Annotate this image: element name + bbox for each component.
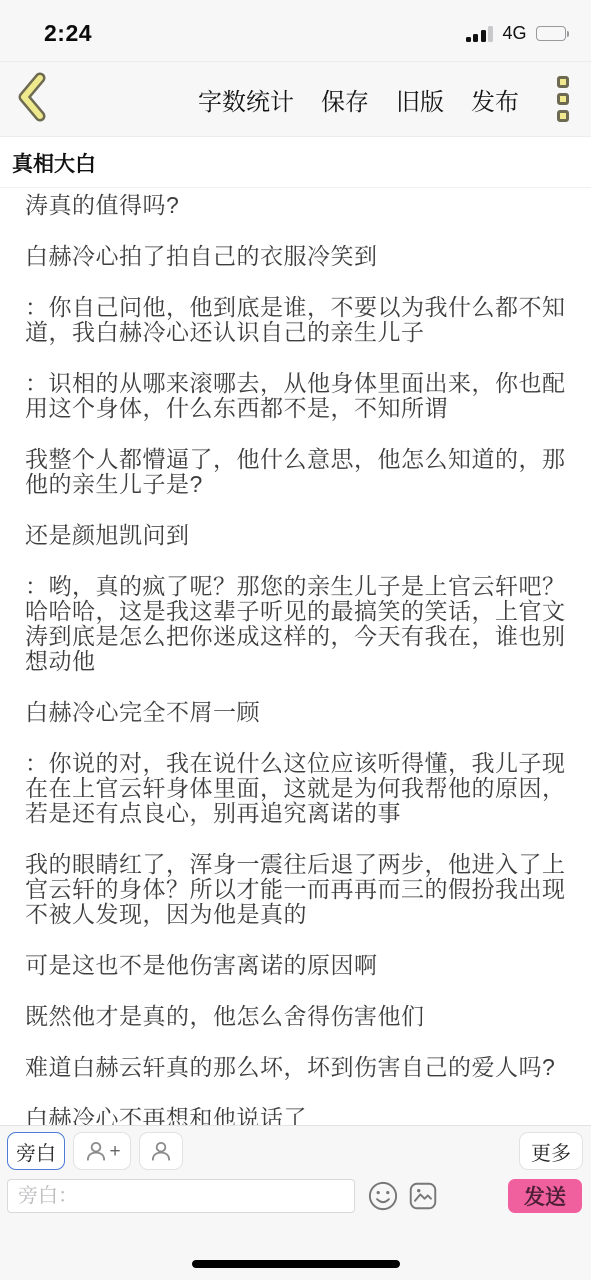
picture-icon <box>407 1180 439 1212</box>
person-plus-icon: + <box>83 1138 120 1164</box>
editor-paragraph: 白赫冷心完全不屑一顾 <box>25 700 567 725</box>
composer-input-row: 发送 <box>0 1170 591 1213</box>
editor-paragraph: ：识相的从哪来滚哪去，从他身体里面出来，你也配用这个身体，什么东西都不是，不知所… <box>25 371 567 421</box>
editor-paragraph: ：你自己问他，他到底是谁，不要以为我什么都不知道，我白赫冷心还认识自己的亲生儿子 <box>25 295 567 345</box>
chapter-title: 真相大白 <box>12 148 96 178</box>
chapter-title-row: 真相大白 <box>0 138 591 188</box>
narration-text-input[interactable] <box>7 1179 355 1213</box>
clock-time: 2:24 <box>44 20 92 47</box>
word-count-button[interactable]: 字数统计 <box>198 82 294 117</box>
emoji-button[interactable] <box>367 1180 399 1212</box>
publish-button[interactable]: 发布 <box>471 82 519 117</box>
editor-paragraph: 既然他才是真的，他怎么舍得伤害他们 <box>25 1004 567 1029</box>
insert-image-button[interactable] <box>407 1180 439 1212</box>
kebab-menu-icon[interactable] <box>555 74 571 124</box>
editor-paragraph: ：哟，真的疯了呢？那您的亲生儿子是上官云轩吧？哈哈哈，这是我这辈子听见的最搞笑的… <box>25 574 567 674</box>
battery-icon <box>536 26 570 41</box>
editor-paragraph: 白赫冷心拍了拍自己的衣服冷笑到 <box>25 244 567 269</box>
person-icon <box>148 1138 174 1164</box>
editor-paragraph: 我的眼睛红了，浑身一震往后退了两步，他进入了上官云轩的身体？所以才能一而再再而三… <box>25 852 567 927</box>
composer-bar: 旁白 + 更多 <box>0 1125 591 1280</box>
cellular-signal-icon <box>466 26 494 42</box>
home-indicator[interactable] <box>192 1260 400 1268</box>
composer-tool-row: 旁白 + 更多 <box>0 1126 591 1170</box>
back-button[interactable] <box>16 72 46 127</box>
status-bar: 2:24 4G <box>0 0 591 61</box>
narration-button[interactable]: 旁白 <box>7 1132 65 1170</box>
more-button[interactable]: 更多 <box>519 1132 583 1170</box>
network-type-label: 4G <box>502 23 526 44</box>
save-button[interactable]: 保存 <box>321 82 369 117</box>
nav-bar: 字数统计 保存 旧版 发布 <box>0 61 591 137</box>
editor-paragraph: ：你说的对，我在说什么这位应该听得懂，我儿子现在在上官云轩身体里面，这就是为何我… <box>25 751 567 826</box>
editor-paragraph: 我整个人都懵逼了，他什么意思，他怎么知道的，那他的亲生儿子是? <box>25 447 567 497</box>
smiley-icon <box>367 1180 399 1212</box>
old-version-button[interactable]: 旧版 <box>396 82 444 117</box>
editor-paragraph: 可是这也不是他伤害离诺的原因啊 <box>25 953 567 978</box>
story-text-editor[interactable]: 涛真的值得吗? 白赫冷心拍了拍自己的衣服冷笑到 ：你自己问他，他到底是谁，不要以… <box>0 188 591 1280</box>
editor-paragraph: 涛真的值得吗? <box>25 193 567 218</box>
send-button[interactable]: 发送 <box>508 1179 582 1213</box>
character-button[interactable] <box>139 1132 183 1170</box>
editor-paragraph: 还是颜旭凯问到 <box>25 523 567 548</box>
editor-paragraph: 难道白赫云轩真的那么坏，坏到伤害自己的爱人吗? <box>25 1055 567 1080</box>
chevron-left-icon <box>16 72 46 127</box>
add-character-button[interactable]: + <box>73 1132 131 1170</box>
